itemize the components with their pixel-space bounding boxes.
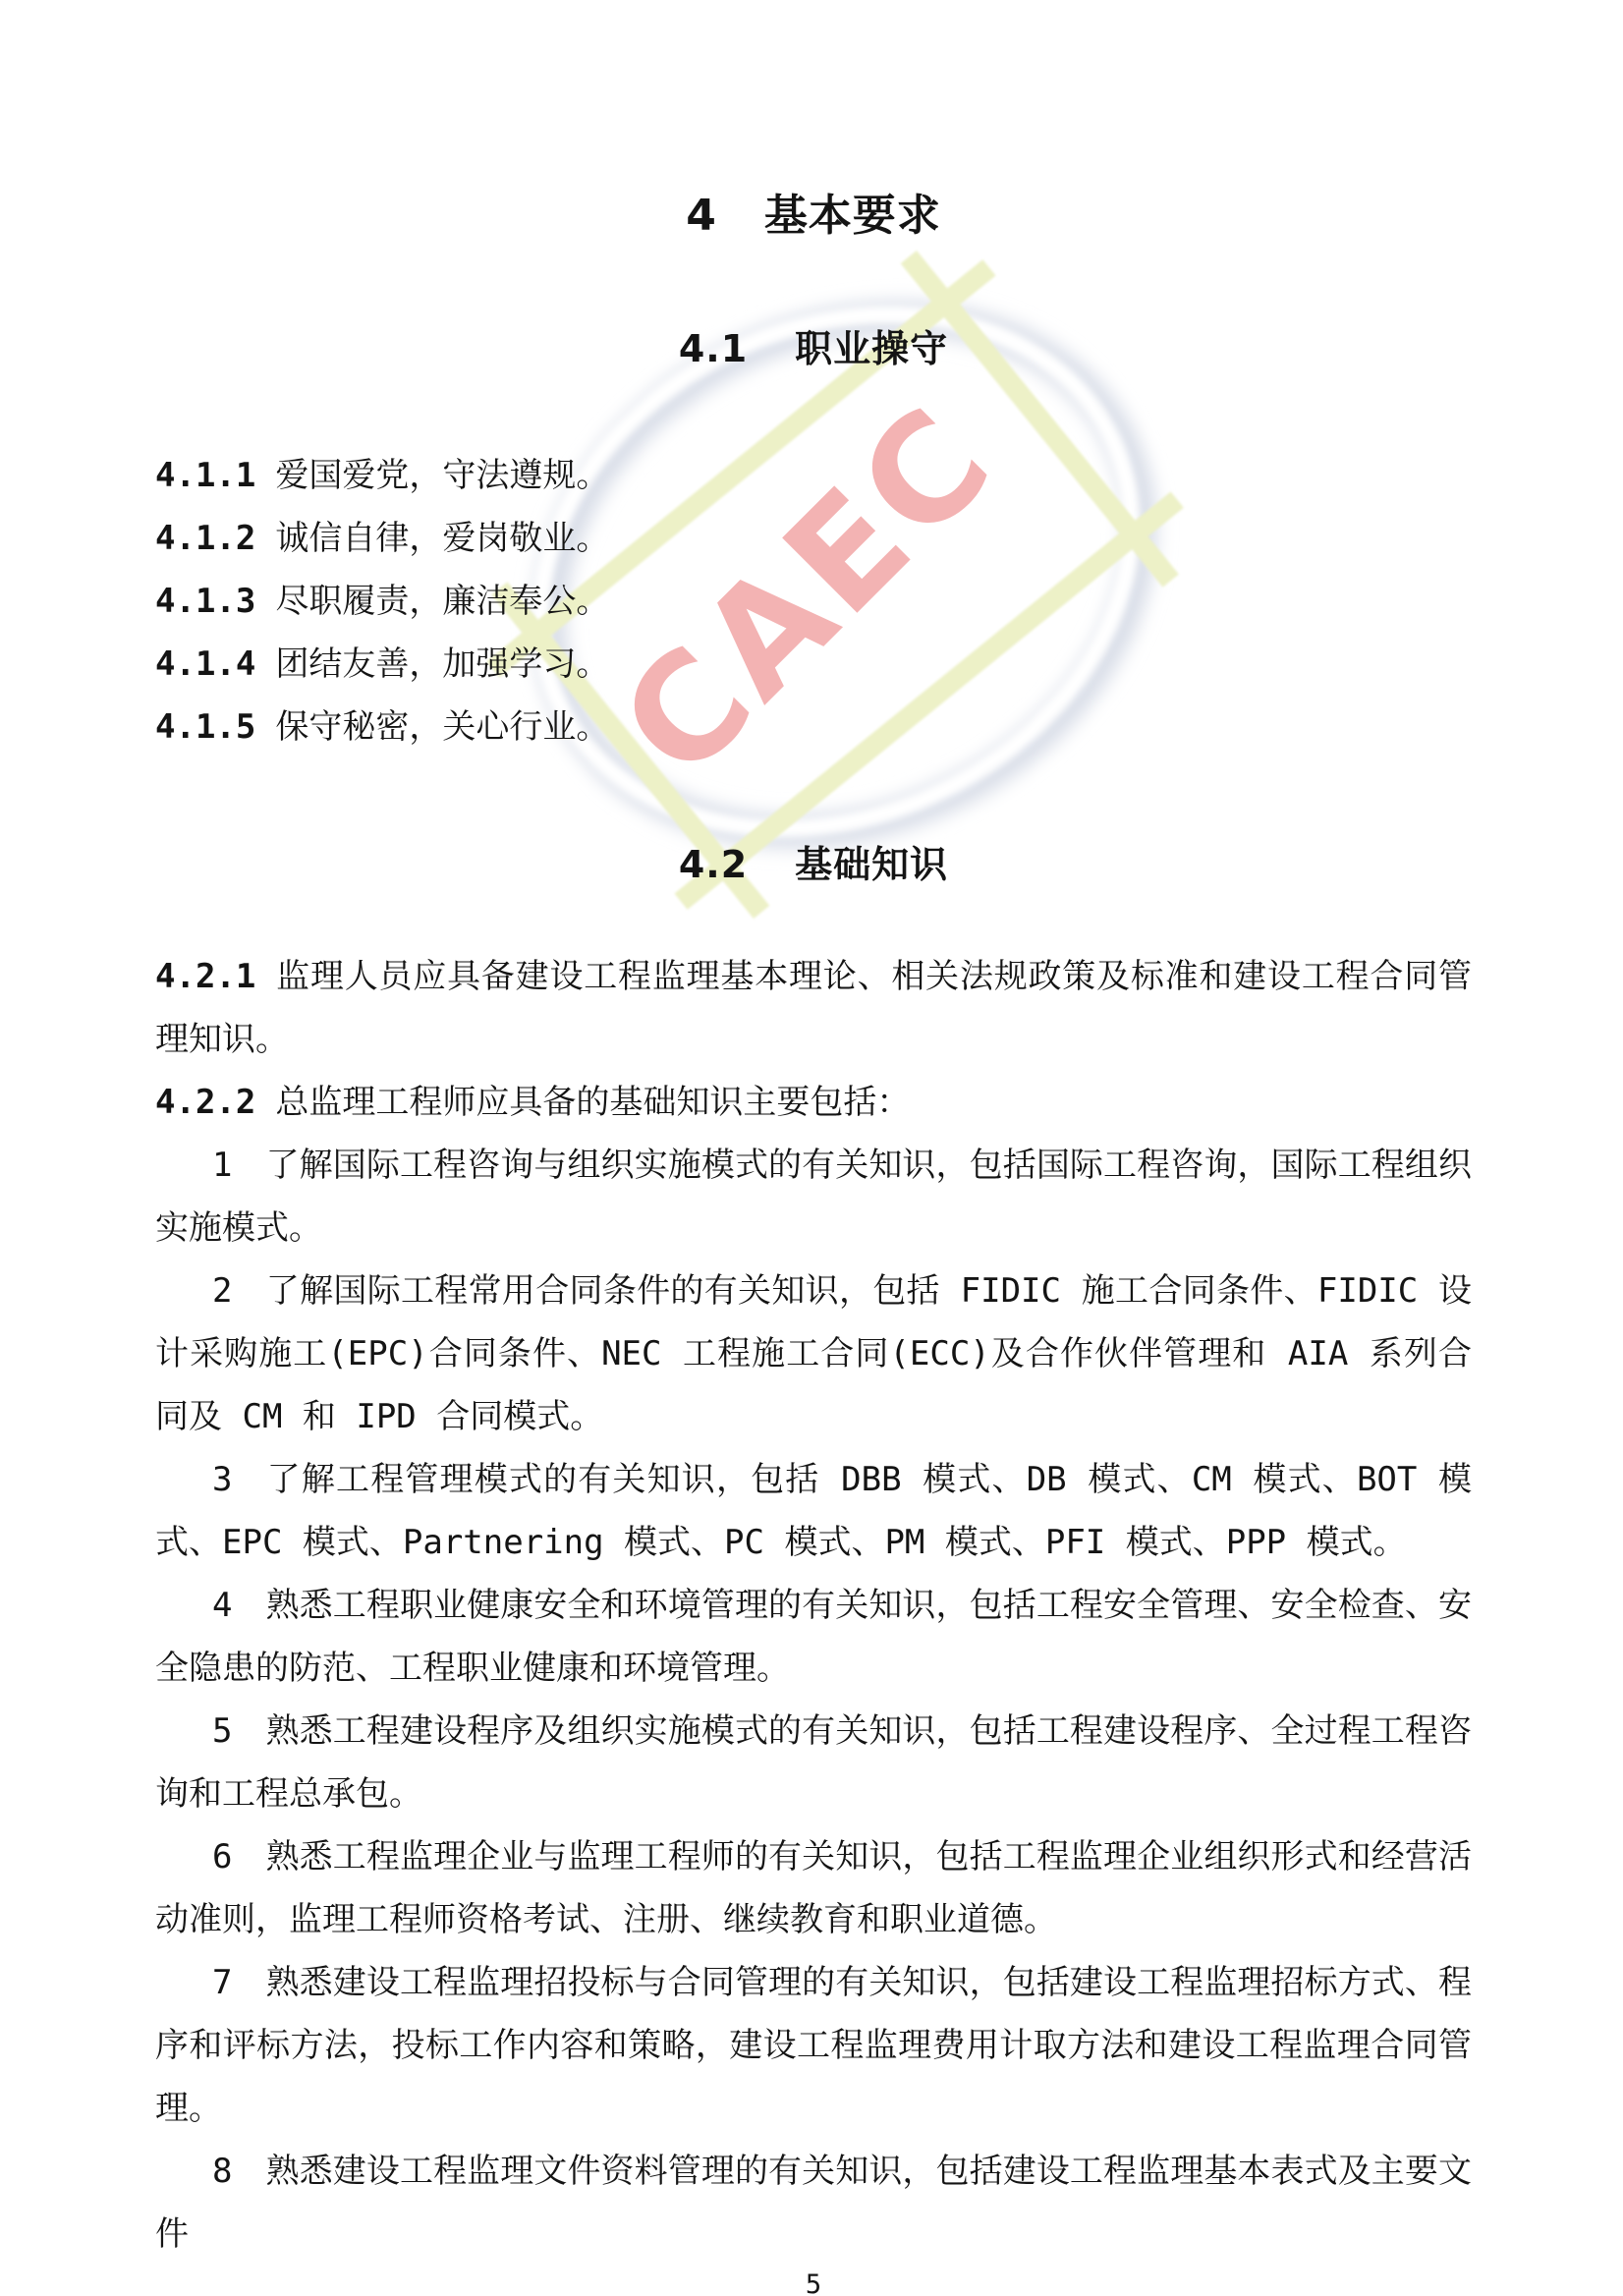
document-page: CAEC 4基本要求 4.1职业操守 4.1.1爱国爱党，守法遵规。 4.1.2… bbox=[0, 0, 1623, 2296]
chapter-number: 4 bbox=[686, 191, 717, 241]
item-text: 了解国际工程咨询与组织实施模式的有关知识，包括国际工程咨询，国际工程组织实施模式… bbox=[155, 1146, 1472, 1248]
clause-4-2-2: 4.2.2总监理工程师应具备的基础知识主要包括： bbox=[155, 1071, 1472, 1134]
clause-text: 监理人员应具备建设工程监理基本理论、相关法规政策及标准和建设工程合同管理知识。 bbox=[155, 957, 1472, 1059]
item-number: 8 bbox=[212, 2152, 232, 2191]
section-4-2-number: 4.2 bbox=[679, 843, 748, 886]
item-text: 熟悉建设工程监理招投标与合同管理的有关知识，包括建设工程监理招标方式、程序和评标… bbox=[155, 1963, 1472, 2128]
item-text: 了解国际工程常用合同条件的有关知识，包括 FIDIC 施工合同条件、FIDIC … bbox=[155, 1271, 1472, 1436]
list-item-4: 4熟悉工程职业健康安全和环境管理的有关知识，包括工程安全管理、安全检查、安全隐患… bbox=[155, 1574, 1472, 1700]
clause-number: 4.2.2 bbox=[155, 1083, 255, 1122]
item-number: 5 bbox=[212, 1711, 232, 1751]
item-number: 6 bbox=[212, 1837, 232, 1876]
section-4-1-heading: 4.1职业操守 bbox=[155, 326, 1472, 371]
section-4-1-number: 4.1 bbox=[679, 327, 748, 370]
section-4-1-title: 职业操守 bbox=[795, 327, 948, 370]
clause-4-1-3: 4.1.3尽职履责，廉洁奉公。 bbox=[155, 570, 1472, 633]
clause-4-2-1: 4.2.1监理人员应具备建设工程监理基本理论、相关法规政策及标准和建设工程合同管… bbox=[155, 945, 1472, 1071]
item-text: 熟悉工程职业健康安全和环境管理的有关知识，包括工程安全管理、安全检查、安全隐患的… bbox=[155, 1586, 1472, 1688]
list-item-5: 5熟悉工程建设程序及组织实施模式的有关知识，包括工程建设程序、全过程工程咨询和工… bbox=[155, 1700, 1472, 1825]
list-item-1: 1了解国际工程咨询与组织实施模式的有关知识，包括国际工程咨询，国际工程组织实施模… bbox=[155, 1134, 1472, 1260]
section-4-2-heading: 4.2基础知识 bbox=[155, 842, 1472, 887]
chapter-title: 基本要求 bbox=[764, 191, 941, 241]
item-number: 1 bbox=[212, 1146, 232, 1185]
clause-text: 诚信自律，爱岗敬业。 bbox=[275, 519, 609, 558]
clause-4-1-2: 4.1.2诚信自律，爱岗敬业。 bbox=[155, 507, 1472, 570]
page-number: 5 bbox=[806, 2269, 821, 2296]
list-item-2: 2了解国际工程常用合同条件的有关知识，包括 FIDIC 施工合同条件、FIDIC… bbox=[155, 1260, 1472, 1448]
clause-text: 保守秘密，关心行业。 bbox=[275, 707, 609, 747]
item-number: 4 bbox=[212, 1586, 232, 1625]
clause-number: 4.2.1 bbox=[155, 957, 255, 996]
list-item-8: 8熟悉建设工程监理文件资料管理的有关知识，包括建设工程监理基本表式及主要文件 bbox=[155, 2140, 1472, 2266]
section-4-2-body: 4.2.1监理人员应具备建设工程监理基本理论、相关法规政策及标准和建设工程合同管… bbox=[155, 945, 1472, 2266]
section-4-2-title: 基础知识 bbox=[795, 843, 948, 886]
clause-4-1-1: 4.1.1爱国爱党，守法遵规。 bbox=[155, 444, 1472, 507]
clause-number: 4.1.4 bbox=[155, 644, 255, 684]
list-item-3: 3了解工程管理模式的有关知识，包括 DBB 模式、DB 模式、CM 模式、BOT… bbox=[155, 1448, 1472, 1574]
clause-text: 爱国爱党，守法遵规。 bbox=[275, 456, 609, 495]
clause-4-1-4: 4.1.4团结友善，加强学习。 bbox=[155, 633, 1472, 696]
clause-number: 4.1.2 bbox=[155, 519, 255, 558]
item-number: 2 bbox=[212, 1271, 232, 1311]
item-text: 熟悉工程监理企业与监理工程师的有关知识，包括工程监理企业组织形式和经营活动准则，… bbox=[155, 1837, 1472, 1939]
clause-text: 尽职履责，廉洁奉公。 bbox=[275, 582, 609, 621]
chapter-heading: 4基本要求 bbox=[155, 190, 1472, 242]
list-item-6: 6熟悉工程监理企业与监理工程师的有关知识，包括工程监理企业组织形式和经营活动准则… bbox=[155, 1825, 1472, 1951]
clause-text: 总监理工程师应具备的基础知识主要包括： bbox=[275, 1083, 910, 1122]
clause-number: 4.1.1 bbox=[155, 456, 255, 495]
clause-4-1-5: 4.1.5保守秘密，关心行业。 bbox=[155, 696, 1472, 758]
list-item-7: 7熟悉建设工程监理招投标与合同管理的有关知识，包括建设工程监理招标方式、程序和评… bbox=[155, 1951, 1472, 2140]
item-text: 熟悉建设工程监理文件资料管理的有关知识，包括建设工程监理基本表式及主要文件 bbox=[155, 2152, 1472, 2254]
clause-text: 团结友善，加强学习。 bbox=[275, 644, 609, 684]
item-text: 熟悉工程建设程序及组织实施模式的有关知识，包括工程建设程序、全过程工程咨询和工程… bbox=[155, 1711, 1472, 1814]
clause-number: 4.1.3 bbox=[155, 582, 255, 621]
item-number: 7 bbox=[212, 1963, 232, 2002]
page-footer: 5 bbox=[155, 2269, 1472, 2296]
section-4-1-clauses: 4.1.1爱国爱党，守法遵规。 4.1.2诚信自律，爱岗敬业。 4.1.3尽职履… bbox=[155, 444, 1472, 758]
page-content: 4基本要求 4.1职业操守 4.1.1爱国爱党，守法遵规。 4.1.2诚信自律，… bbox=[0, 190, 1623, 2296]
item-text: 了解工程管理模式的有关知识，包括 DBB 模式、DB 模式、CM 模式、BOT … bbox=[155, 1460, 1472, 1562]
clause-number: 4.1.5 bbox=[155, 707, 255, 747]
item-number: 3 bbox=[212, 1460, 232, 1499]
